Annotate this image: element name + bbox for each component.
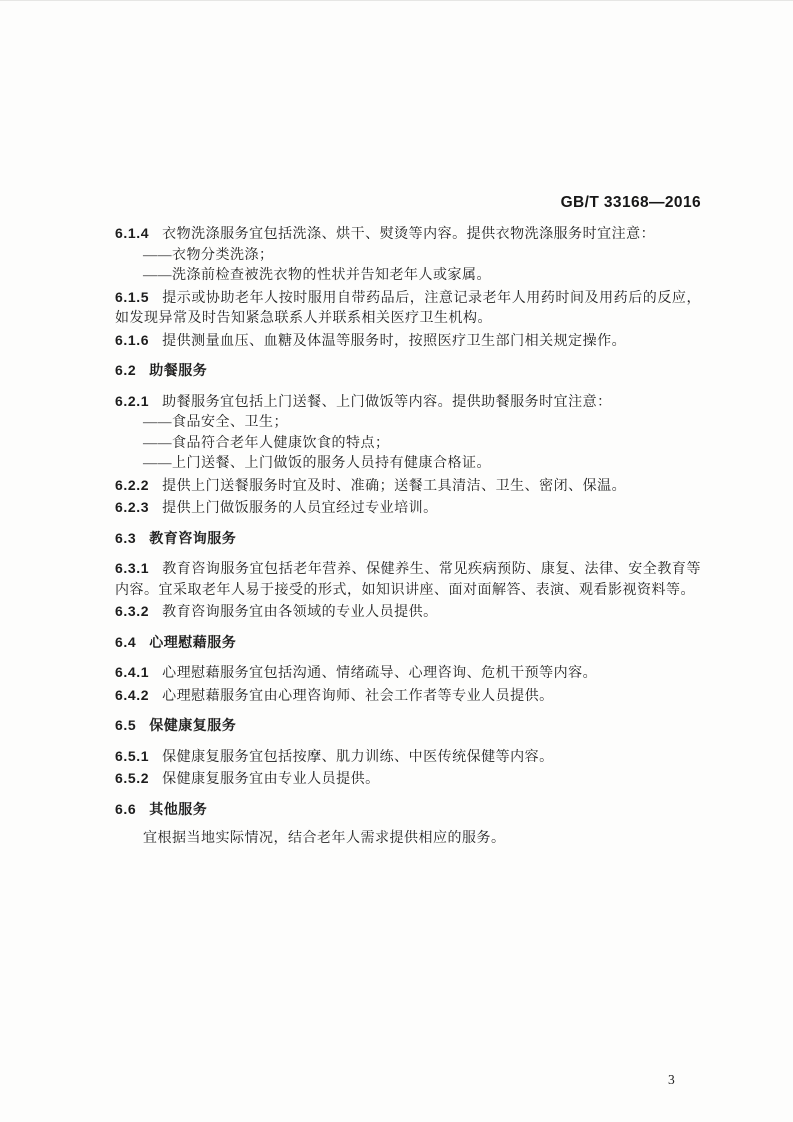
section-number: 6.6: [115, 801, 136, 817]
paragraph-text: 宜根据当地实际情况，结合老年人需求提供相应的服务。: [143, 831, 506, 846]
clause-text: 心理慰藉服务宜由心理咨询师、社会工作者等专业人员提供。: [162, 689, 554, 704]
section-number: 6.4: [115, 634, 136, 650]
clause-6-3-1: 6.3.1教育咨询服务宜包括老年营养、保健养生、常见疾病预防、康复、法律、安全教…: [115, 558, 701, 601]
dash-list-item: ——衣物分类洗涤；: [115, 246, 701, 267]
clause-6-4-1: 6.4.1心理慰藉服务宜包括沟通、情绪疏导、心理咨询、危机干预等内容。: [115, 662, 701, 685]
dash-item-text: ——洗涤前检查被洗衣物的性状并告知老年人或家属。: [143, 268, 491, 283]
clause-number: 6.4.1: [115, 664, 149, 680]
clause-number: 6.1.4: [115, 225, 149, 241]
clause-number: 6.2.1: [115, 393, 149, 409]
clause-text: 提供上门送餐服务时宜及时、准确；送餐工具清洁、卫生、密闭、保温。: [162, 479, 626, 494]
dash-list-item: ——食品安全、卫生；: [115, 413, 701, 434]
dash-list-item: ——洗涤前检查被洗衣物的性状并告知老年人或家属。: [115, 266, 701, 287]
section-heading-6-3: 6.3教育咨询服务: [115, 528, 701, 551]
clause-6-4-2: 6.4.2心理慰藉服务宜由心理咨询师、社会工作者等专业人员提供。: [115, 685, 701, 708]
section-heading-6-2: 6.2助餐服务: [115, 360, 701, 383]
page-number: 3: [668, 1072, 675, 1088]
clause-text: 提供上门做饭服务的人员宜经过专业培训。: [162, 501, 438, 516]
clause-number: 6.5.1: [115, 748, 149, 764]
clause-text: 保健康复服务宜包括按摩、肌力训练、中医传统保健等内容。: [162, 750, 554, 765]
clause-text: 教育咨询服务宜由各领域的专业人员提供。: [162, 605, 438, 620]
clause-6-1-6: 6.1.6提供测量血压、血糖及体温等服务时，按照医疗卫生部门相关规定操作。: [115, 330, 701, 353]
dash-item-text: ——食品安全、卫生；: [143, 415, 288, 430]
document-body: 6.1.4衣物洗涤服务宜包括洗涤、烘干、熨烫等内容。提供衣物洗涤服务时宜注意： …: [115, 223, 701, 850]
dash-list-item: ——上门送餐、上门做饭的服务人员持有健康合格证。: [115, 454, 701, 475]
section-title: 保健康复服务: [149, 719, 236, 734]
dash-list-item: ——食品符合老年人健康饮食的特点；: [115, 434, 701, 455]
clause-6-3-2: 6.3.2教育咨询服务宜由各领域的专业人员提供。: [115, 601, 701, 624]
clause-number: 6.2.3: [115, 499, 149, 515]
section-number: 6.2: [115, 362, 136, 378]
dash-item-text: ——上门送餐、上门做饭的服务人员持有健康合格证。: [143, 456, 491, 471]
section-title: 心理慰藉服务: [149, 636, 236, 651]
clause-text: 保健康复服务宜由专业人员提供。: [162, 772, 380, 787]
document-page: GB/T 33168—2016 6.1.4衣物洗涤服务宜包括洗涤、烘干、熨烫等内…: [0, 0, 793, 1122]
clause-6-5-1: 6.5.1保健康复服务宜包括按摩、肌力训练、中医传统保健等内容。: [115, 746, 701, 769]
dash-item-text: ——衣物分类洗涤；: [143, 248, 274, 263]
section-number: 6.5: [115, 717, 136, 733]
section-title: 助餐服务: [149, 364, 207, 379]
clause-6-5-2: 6.5.2保健康复服务宜由专业人员提供。: [115, 768, 701, 791]
clause-text: 提供测量血压、血糖及体温等服务时，按照医疗卫生部门相关规定操作。: [162, 334, 626, 349]
paragraph-6-6: 宜根据当地实际情况，结合老年人需求提供相应的服务。: [115, 829, 701, 850]
clause-6-1-4: 6.1.4衣物洗涤服务宜包括洗涤、烘干、熨烫等内容。提供衣物洗涤服务时宜注意：: [115, 223, 701, 246]
clause-number: 6.2.2: [115, 477, 149, 493]
clause-6-2-2: 6.2.2提供上门送餐服务时宜及时、准确；送餐工具清洁、卫生、密闭、保温。: [115, 475, 701, 498]
clause-text: 提示或协助老年人按时服用自带药品后，注意记录老年人用药时间及用药后的反应，如发现…: [115, 291, 701, 327]
clause-number: 6.1.5: [115, 289, 149, 305]
clause-number: 6.3.2: [115, 603, 149, 619]
section-heading-6-5: 6.5保健康复服务: [115, 715, 701, 738]
section-heading-6-6: 6.6其他服务: [115, 799, 701, 822]
clause-text: 心理慰藉服务宜包括沟通、情绪疏导、心理咨询、危机干预等内容。: [162, 666, 597, 681]
clause-number: 6.5.2: [115, 770, 149, 786]
clause-number: 6.3.1: [115, 560, 149, 576]
section-heading-6-4: 6.4心理慰藉服务: [115, 632, 701, 655]
clause-6-1-5: 6.1.5提示或协助老年人按时服用自带药品后，注意记录老年人用药时间及用药后的反…: [115, 287, 701, 330]
clause-6-2-3: 6.2.3提供上门做饭服务的人员宜经过专业培训。: [115, 497, 701, 520]
clause-6-2-1: 6.2.1助餐服务宜包括上门送餐、上门做饭等内容。提供助餐服务时宜注意：: [115, 391, 701, 414]
section-title: 教育咨询服务: [149, 532, 236, 547]
standard-code: GB/T 33168—2016: [561, 194, 701, 212]
clause-text: 助餐服务宜包括上门送餐、上门做饭等内容。提供助餐服务时宜注意：: [162, 395, 612, 410]
section-number: 6.3: [115, 530, 136, 546]
dash-item-text: ——食品符合老年人健康饮食的特点；: [143, 436, 390, 451]
clause-number: 6.4.2: [115, 687, 149, 703]
clause-text: 教育咨询服务宜包括老年营养、保健养生、常见疾病预防、康复、法律、安全教育等内容。…: [115, 562, 701, 598]
section-title: 其他服务: [149, 803, 207, 818]
clause-number: 6.1.6: [115, 332, 149, 348]
clause-text: 衣物洗涤服务宜包括洗涤、烘干、熨烫等内容。提供衣物洗涤服务时宜注意：: [162, 227, 655, 242]
